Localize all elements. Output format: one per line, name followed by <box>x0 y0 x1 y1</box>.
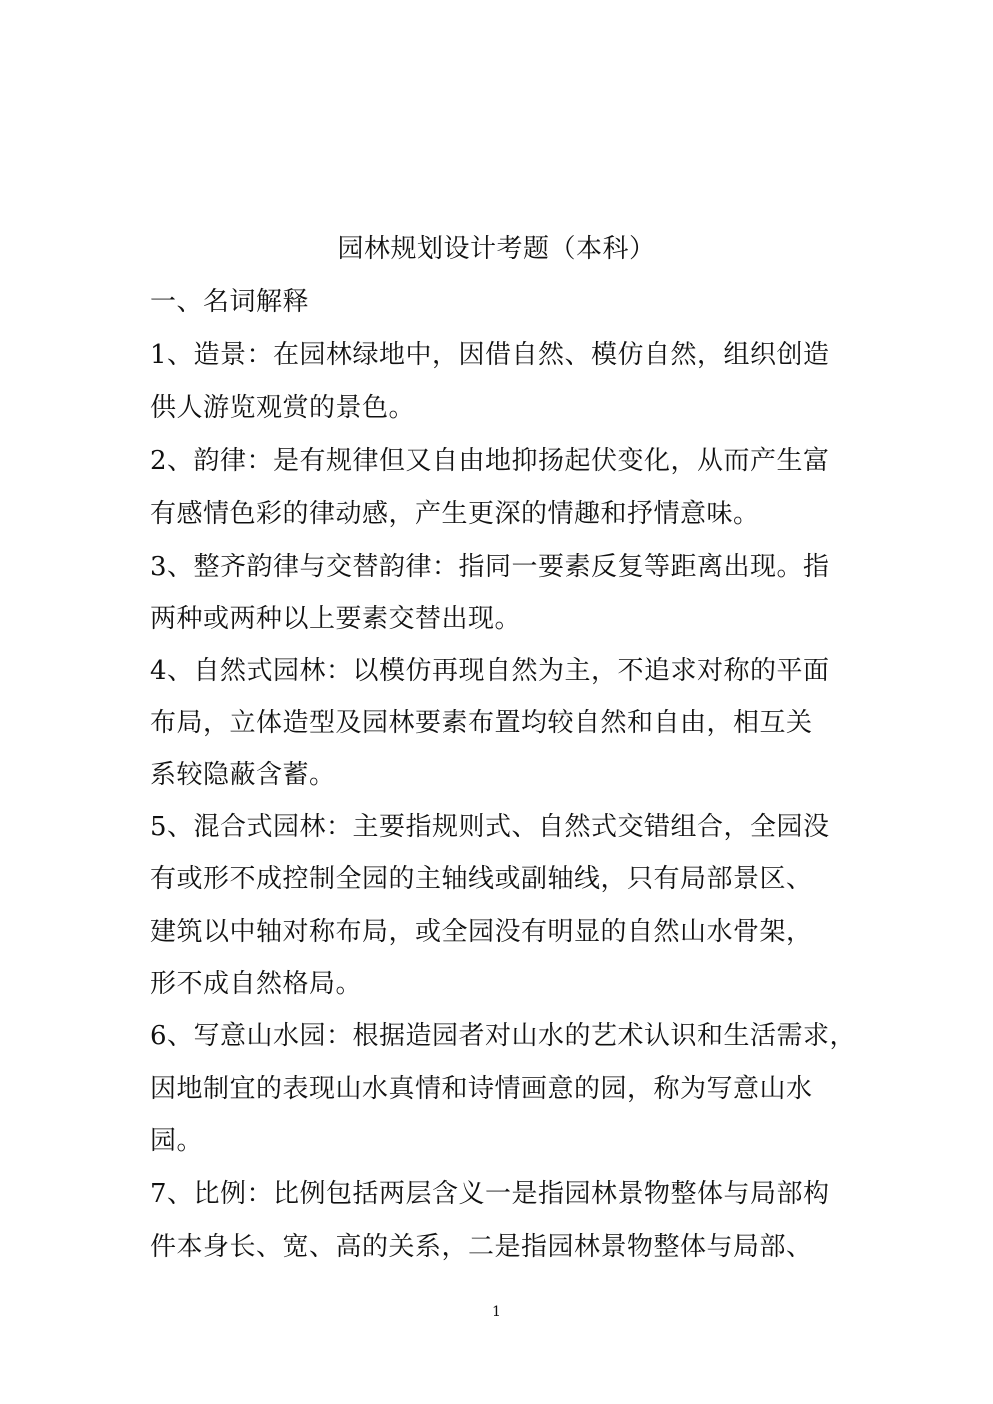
entry-line: 6、写意山水园：根据造园者对山水的艺术认识和生活需求， <box>150 1019 856 1053</box>
entry-line: 4、自然式园林：以模仿再现自然为主，不追求对称的平面 <box>150 654 830 688</box>
entry-line: 建筑以中轴对称布局，或全园没有明显的自然山水骨架， <box>150 915 813 949</box>
entry-line: 因地制宜的表现山水真情和诗情画意的园，称为写意山水 <box>150 1072 813 1106</box>
entry-line: 3、整齐韵律与交替韵律：指同一要素反复等距离出现。指 <box>150 550 830 584</box>
entry-line: 7、比例：比例包括两层含义一是指园林景物整体与局部构 <box>150 1177 830 1211</box>
document-page: 园林规划设计考题（本科） 一、名词解释 1、造景：在园林绿地中，因借自然、模仿自… <box>0 0 993 1404</box>
entry-line: 园。 <box>150 1124 203 1158</box>
section-heading: 一、名词解释 <box>150 285 309 319</box>
entry-line: 布局，立体造型及园林要素布置均较自然和自由，相互关 <box>150 706 813 740</box>
entry-line: 有感情色彩的律动感，产生更深的情趣和抒情意味。 <box>150 497 760 531</box>
entry-line: 件本身长、宽、高的关系，二是指园林景物整体与局部、 <box>150 1230 813 1264</box>
entry-line: 两种或两种以上要素交替出现。 <box>150 602 521 636</box>
entry-line: 有或形不成控制全园的主轴线或副轴线，只有局部景区、 <box>150 862 813 896</box>
entry-line: 5、混合式园林：主要指规则式、自然式交错组合，全园没 <box>150 810 830 844</box>
entry-line: 供人游览观赏的景色。 <box>150 391 415 425</box>
document-title: 园林规划设计考题（本科） <box>0 232 993 266</box>
page-number: 1 <box>0 1303 993 1321</box>
entry-line: 2、韵律：是有规律但又自由地抑扬起伏变化，从而产生富 <box>150 444 830 478</box>
entry-line: 形不成自然格局。 <box>150 967 362 1001</box>
entry-line: 1、造景：在园林绿地中，因借自然、模仿自然，组织创造 <box>150 338 830 372</box>
entry-line: 系较隐蔽含蓄。 <box>150 758 336 792</box>
